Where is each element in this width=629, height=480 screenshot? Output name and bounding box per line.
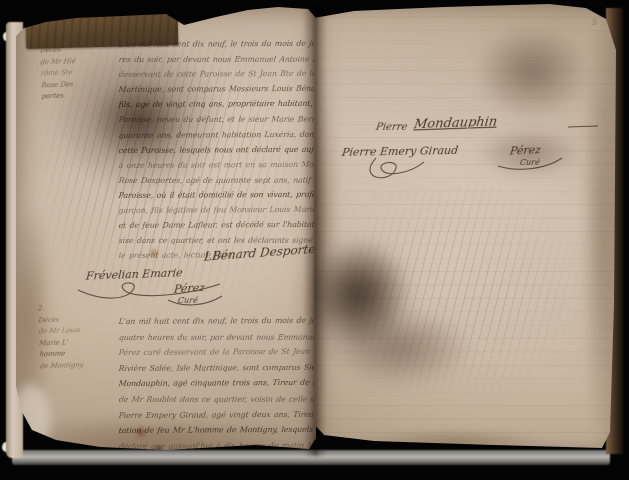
handwritten-line: garçon, fils légitime de feu Monsieur Lo… [118,202,331,218]
handwritten-line: L'an mil huit cent dix neuf, le trois du… [118,313,331,330]
handwritten-line: Mondauphin, agé cinquante trois ans, Tir… [118,375,331,392]
signature-pierre: Pierre [375,122,408,133]
handwritten-line: Pierre Empery Giraud, agé vingt deux ans… [118,406,331,423]
left-page: Décèsde Mr Hiérôme SteRose Desportes L'a… [16,6,316,456]
handwritten-line: res du soir, par devant nous Emmanuel An… [118,52,332,67]
ink-transfer-ghost-strokes [344,184,594,444]
dark-center-stain [322,300,492,395]
handwritten-line: fils, agé de vingt cinq ans, propriétair… [118,96,331,112]
signature-flourish [166,292,226,308]
right-page: ∼∽—≈ ∼∽∼≈ —∽∼ ≈∼≈∼ ∽∼∽ neuf de la Parois… [314,4,616,456]
handwritten-line: portes [41,89,122,103]
handwritten-line: Rose Desportes, agé de quarante sept ans… [118,172,332,187]
handwritten-line: de Montigny [39,358,122,372]
handwritten-line: tation de feu Mr L'homme de Montigny, le… [118,422,331,439]
handwritten-line: quatre heures du soir, par devant nous E… [118,329,332,345]
signature-dash [566,122,600,132]
signature-flourish [496,154,566,172]
handwritten-line: Pérez curé desservant de la Paroisse de … [118,344,331,361]
handwritten-line: Paroisse, où il était domicilié de son v… [118,187,331,203]
signature-flourish [336,154,426,182]
handwritten-line: L'an mil huit cent dix neuf, le trois du… [118,36,331,52]
handwritten-line: et de feue Dame Lafleur, est décédé sur … [118,217,331,233]
handwritten-line: Rivière Salée, Isle Martinique, sont com… [118,359,331,376]
margin-note-deces-montigny: 2.Décèsde Mr LouisMarie L'hommede Montig… [37,301,121,373]
pencil-folio-number: 5 [592,18,597,27]
handwritten-line: à onze heures du soir est mort en sa mai… [118,156,331,172]
margin-note-deces-desportes: Décèsde Mr Hiérôme SteRose Desportes [39,43,121,103]
handwritten-line: cette Paroisse, lesquels nous ont déclar… [118,141,331,157]
handwritten-line: quarante ans, demeurant habitation Luxér… [118,126,331,142]
handwritten-line: de Mr Roublot dans ce quartier, voisin d… [118,392,332,408]
signature-mondauphin: Mondauphin [413,115,498,133]
entry-deces-desportes-text: L'an mil huit cent dix neuf, le trois du… [118,37,330,263]
handwritten-line: desservant de cette Paroisse de St Jean … [118,66,331,82]
dark-center-stain [306,226,426,356]
scanner-bed-strip [12,450,610,465]
entry-deces-montigny-text: L'an mil huit cent dix neuf, le trois du… [118,314,330,470]
handwritten-line: Paroisse, neveu du défunt, et le sieur M… [118,112,332,127]
